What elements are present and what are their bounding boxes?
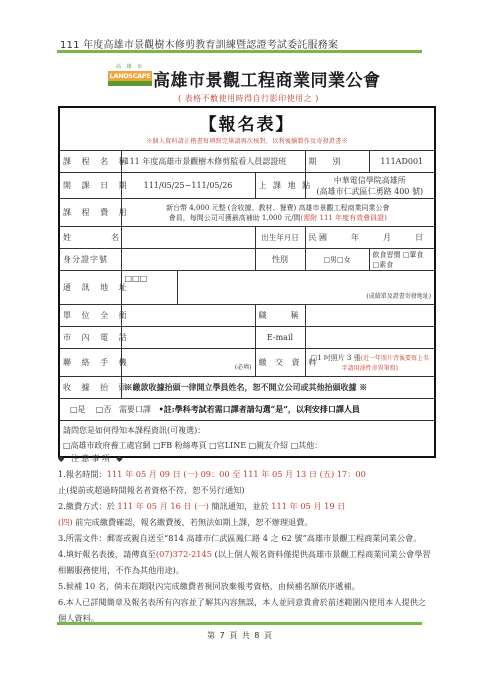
job-title-field[interactable]	[305, 305, 435, 327]
company-label: 單 位 全 銜	[59, 305, 121, 327]
form-title: 【報名表】	[60, 114, 434, 136]
email-field[interactable]	[305, 327, 435, 349]
fee-note: (需附 111 年度有效會員證)	[301, 214, 387, 222]
docs-label: 繳 交 資 料	[255, 349, 305, 377]
interpreter-row: □是 □否 需要口譯 •註:學科考試若需口譯者請勾選“是”，以利安排口譯人員	[59, 399, 435, 421]
company-field[interactable]	[121, 305, 255, 327]
logo-city-text: 高 雄 市	[108, 64, 152, 71]
birth-field[interactable]: 民 國 年 月 日	[305, 227, 435, 249]
fax-number: (07)372-2145	[156, 549, 212, 559]
notes-heading: ◆ 注意事項 ◆	[58, 450, 434, 466]
organization-name: 高雄市景觀工程商業同業公會	[153, 66, 381, 91]
fee-value: 新台幣 4,000 元整 (含收據、教材、餐費) 高雄市景觀工程商業同業公會 會…	[121, 199, 435, 227]
photo-checkbox[interactable]: □1 吋照片 3 張	[311, 354, 361, 362]
location-label: 上 課 地 點	[255, 173, 305, 199]
period-value: 111AD001	[369, 151, 435, 173]
receipt-label: 收 據 抬 頭	[59, 377, 121, 399]
birth-label: 出生年月日	[255, 227, 305, 249]
diet-veg-checkbox[interactable]: □素食	[373, 261, 394, 269]
course-name-value: 111 年度高雄市景觀樹木修剪監看人員認證班	[121, 151, 305, 173]
course-name-label: 課 程 名 稱	[59, 151, 121, 173]
date-label: 開 課 日 期	[59, 173, 121, 199]
note-item-1-cont: 止(提前或超過時間報名者資格不符，恕不另行通知)	[58, 482, 434, 498]
info-source-question: 請問您是如何得知本課程資訊(可複選)：	[63, 423, 431, 438]
interpreter-label: 需要口譯	[119, 405, 151, 414]
note-item-4: 4.填好報名表後，請傳真至(07)372-2145 (以上個人報名資料僅提供高雄…	[58, 546, 434, 578]
interpreter-note: •註:學科考試若需口譯者請勾選“是”，以利安排口譯人員	[159, 404, 360, 414]
location-value: 中華電信學院高雄所 (高雄市仁武區仁勇路 400 號)	[305, 173, 435, 199]
address-label: 通 訊 地 址	[59, 271, 121, 305]
mobile-label: 聯 絡 手 機	[59, 349, 121, 377]
phone-label: 市 內 電 話	[59, 327, 121, 349]
note-item-2: 2.繳費方式：於 111 年 05 月 16 日 (一) 簡訊通知，並於 111…	[58, 498, 434, 514]
interpreter-yes-checkbox[interactable]: □是	[70, 405, 86, 414]
gender-label: 性別	[255, 249, 305, 271]
notes-section: ◆ 注意事項 ◆ 1.報名時間：111 年 05 月 09 日 (一) 09：0…	[58, 450, 434, 626]
phone-field[interactable]	[121, 327, 255, 349]
form-title-cell: 【報名表】 ※個人資料請正楷書寫填寫完畢請再次核對，以利後續製作及寄發證書※	[59, 107, 435, 151]
logo-green-bar	[108, 81, 152, 86]
location-line-1: 中華電信學院高雄所	[309, 175, 432, 186]
address-note: (成績單及證書寄發地址)	[366, 293, 431, 300]
logo-landscape-text: LANDSCAPE	[108, 71, 152, 81]
mobile-required-note: (必填)	[235, 364, 252, 371]
docs-value: □1 吋照片 3 張(近一年照片背後要寫上名字請用油性奇異筆寫)	[305, 349, 435, 377]
registration-period: 111 年 05 月 09 日 (一) 09：00 至 111 年 05 月 1…	[107, 469, 366, 479]
id-label: 身分證字號	[59, 249, 121, 271]
fee-line-2: 會員，每間公司可獲最高補助 1,000 元/間	[169, 214, 301, 222]
address-field[interactable]: (成績單及證書寄發地址)	[177, 271, 435, 305]
location-line-2: (高雄市仁武區仁勇路 400 號)	[309, 186, 432, 197]
fee-line-1: 新台幣 4,000 元整 (含收據、教材、餐費) 高雄市景觀工程商業同業公會	[125, 203, 432, 213]
diet-label: 飲食習慣	[373, 251, 401, 259]
fee-label: 課 程 費 用	[59, 199, 121, 227]
registration-form-table: 【報名表】 ※個人資料請正楷書寫填寫完畢請再次核對，以利後續製作及寄發證書※ 課…	[58, 106, 436, 458]
page-number: 第 7 頁 共 8 頁	[0, 630, 480, 641]
header-divider	[57, 50, 422, 53]
note-item-3: 3.所需文件：郵寄或親自送至“814 高雄市仁武區鳳仁路 4 之 62 號”高雄…	[58, 530, 434, 546]
copy-permission-note: ( 表格不敷使用時得自行影印使用之 )	[178, 93, 319, 104]
form-subtitle: ※個人資料請正楷書寫填寫完畢請再次核對，以利後續製作及寄發證書※	[60, 136, 434, 145]
diet-meat-checkbox[interactable]: □葷食	[403, 251, 424, 259]
id-field[interactable]	[121, 249, 255, 271]
date-value: 111/05/25~111/05/26	[121, 173, 255, 199]
email-label: E-mail	[255, 327, 305, 349]
note-item-5: 5.候補 10 名，倘未在期限內完成繳費者視同放棄報考資格，由候補名額依序遞補。	[58, 578, 434, 594]
document-header-title: 111 年度高雄市景觀樹木修剪教育訓練暨認證考試委託服務案	[60, 36, 338, 51]
name-label: 姓 名	[59, 227, 121, 249]
payment-deadline: 111 年 05 月 19 日	[271, 501, 345, 511]
note-item-1: 1.報名時間：111 年 05 月 09 日 (一) 09：00 至 111 年…	[58, 466, 434, 482]
receipt-value: ※繳款收據抬頭一律開立學員姓名，恕不開立公司或其他抬頭收據 ※	[121, 377, 435, 399]
gender-options[interactable]: □男□女	[305, 249, 369, 271]
mobile-field[interactable]: (必填)	[121, 349, 255, 377]
notice-date: 111 年 05 月 16 日 (一)	[118, 501, 209, 511]
period-label: 期 別	[305, 151, 369, 173]
footer-divider	[57, 622, 422, 625]
job-title-label: 職 稱	[255, 305, 305, 327]
association-logo: 高 雄 市 LANDSCAPE	[108, 64, 152, 90]
interpreter-no-checkbox[interactable]: □否	[96, 405, 112, 414]
diet-cell: 飲食習慣 □葷食 □素食	[369, 249, 435, 271]
name-field[interactable]	[121, 227, 255, 249]
